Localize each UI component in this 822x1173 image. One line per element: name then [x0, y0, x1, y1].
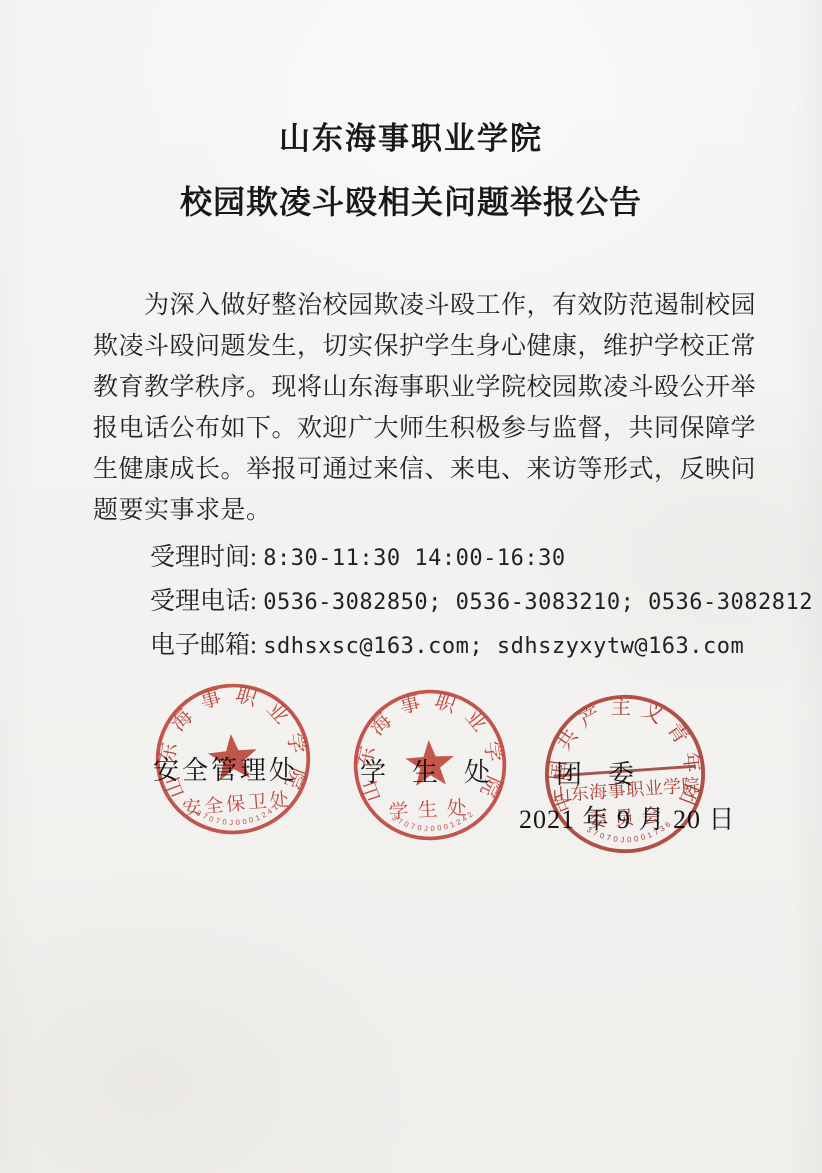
star-icon: [206, 732, 259, 781]
official-seal-student-affairs-icon: 山东海事职业学院 学生处 37070J0001242: [346, 682, 514, 848]
contact-phone-line: 受理电话: 0536-3082850; 0536-3083210; 0536-3…: [93, 580, 822, 624]
svg-text:中国共产主义青年团: 中国共产主义青年团: [540, 690, 708, 826]
document-title-line2: 校园欺凌斗殴相关问题举报公告: [0, 183, 822, 221]
hours-label: 受理时间:: [150, 544, 263, 571]
phone-label: 受理电话:: [150, 588, 263, 615]
hours-value: 8:30-11:30 14:00-16:30: [263, 546, 565, 571]
contact-hours-line: 受理时间: 8:30-11:30 14:00-16:30: [93, 536, 822, 580]
official-seal-youth-league-icon: 中国共产主义青年团 山东海事职业学院 委员会 37070J0001736: [536, 686, 713, 861]
email-value: sdhsxsc@163.com; sdhszyxytw@163.com: [263, 634, 744, 659]
official-seal-security-icon: 山东海事职业学院 安全保卫处 37070J0001241: [145, 673, 320, 845]
seal-ring-text: 中国共产主义青年团: [540, 690, 708, 826]
document-title-line1: 山东海事职业学院: [0, 0, 822, 157]
email-label: 电子邮箱:: [150, 632, 263, 659]
contact-info-block: 受理时间: 8:30-11:30 14:00-16:30 受理电话: 0536-…: [93, 536, 822, 668]
body-paragraph: 为深入做好整治校园欺凌斗殴工作，有效防范遏制校园 欺凌斗殴问题发生，切实保护学生…: [93, 285, 822, 531]
phone-value: 0536-3082850; 0536-3083210; 0536-3082812: [263, 590, 813, 615]
scanned-document-page: 山东海事职业学院 校园欺凌斗殴相关问题举报公告 为深入做好整治校园欺凌斗殴工作，…: [0, 0, 822, 1173]
star-icon: [405, 739, 456, 787]
contact-email-line: 电子邮箱: sdhsxsc@163.com; sdhszyxytw@163.co…: [93, 624, 822, 668]
seal-divider-line: [554, 766, 696, 776]
